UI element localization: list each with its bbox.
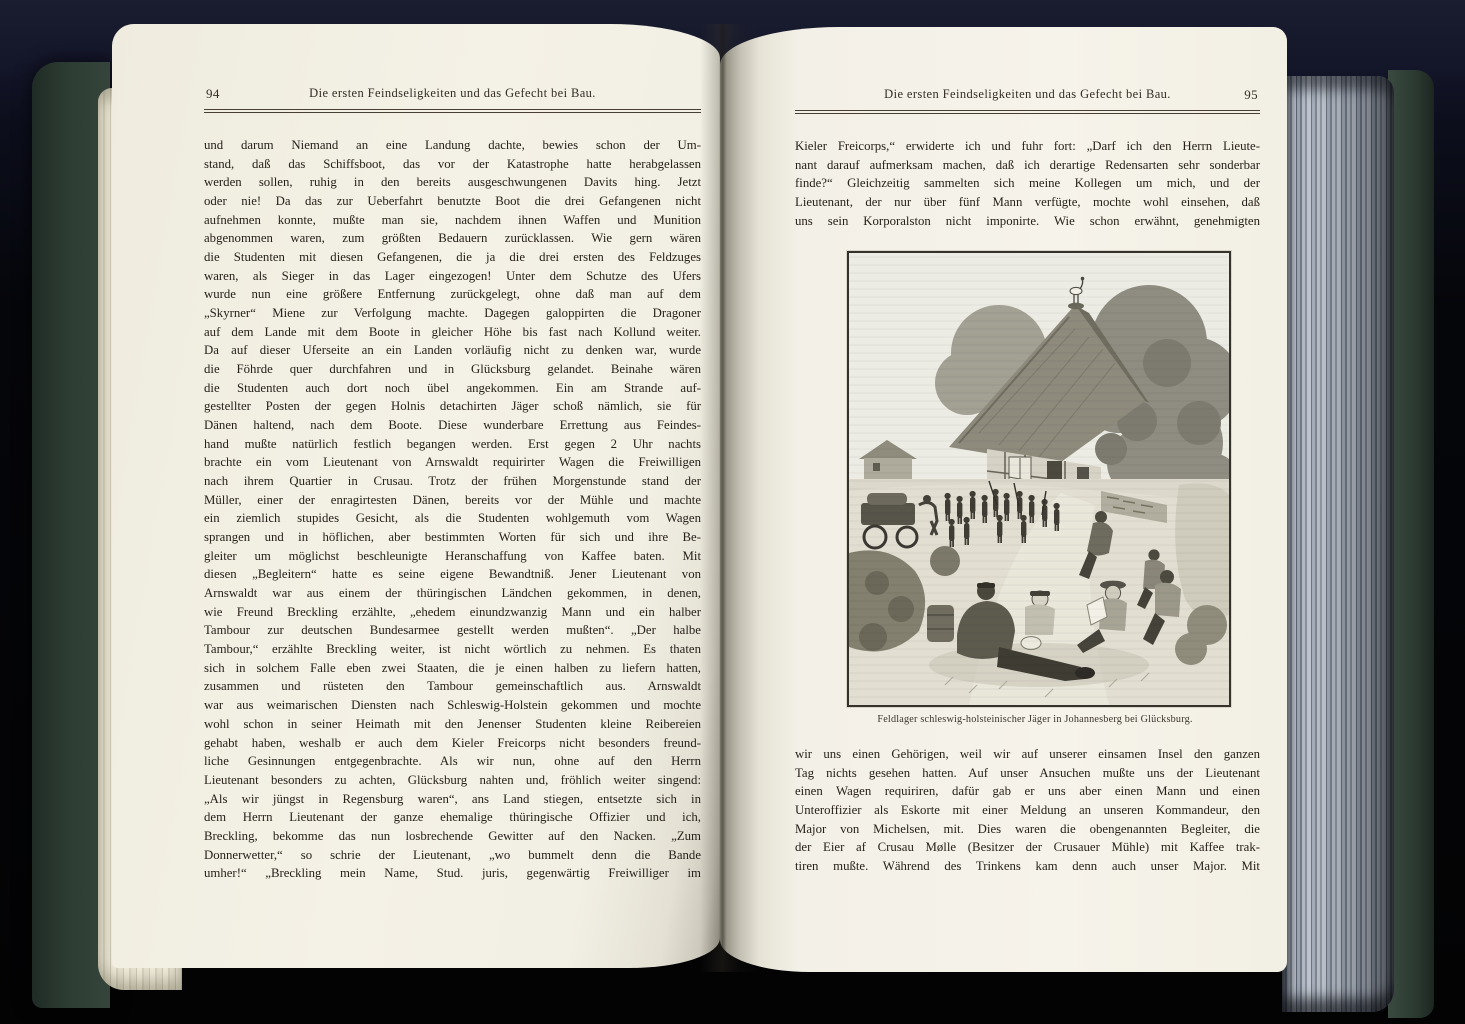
text-line: stand, daß das Schiffsboot, das vor der …: [204, 155, 701, 174]
right-running-header-row: Die ersten Feindseligkeiten und das Gefe…: [795, 87, 1260, 103]
text-line: Lieutenant besonders zu achten, Glücksbu…: [204, 771, 701, 790]
text-line: ein ziemlich stupides Gesicht, als die S…: [204, 509, 701, 528]
text-line: einen Wagen requiriren, dafür gab er uns…: [795, 782, 1260, 801]
text-line: nant darauf aufmerksam machen, daß ich d…: [795, 156, 1260, 175]
text-line: wir uns einen Gehörigen, weil wir auf un…: [795, 745, 1260, 764]
right-body-text-bottom: wir uns einen Gehörigen, weil wir auf un…: [795, 745, 1260, 876]
text-line: Müller, einer der enragirtesten Dänen, b…: [204, 491, 701, 510]
text-line: war aus weimarischen Diensten nach Schle…: [204, 696, 701, 715]
text-line: und darum Niemand an eine Landung dachte…: [204, 136, 701, 155]
text-line: auf dem Lande mit dem Boote in gleicher …: [204, 323, 701, 342]
text-line: hand mußte natürlich festlich begangen w…: [204, 435, 701, 454]
text-line: Lieutenant, der nur über fünf Mann verfü…: [795, 193, 1260, 212]
text-line: abgenommen waren, zum größten Bedauern z…: [204, 229, 701, 248]
left-body-text: und darum Niemand an eine Landung dachte…: [204, 136, 701, 883]
text-line: „Skyrner“ Miene zur Verfolgung machte. D…: [204, 304, 701, 323]
header-rule: [204, 109, 701, 113]
text-line: wurde nun eine größere Entfernung zurück…: [204, 285, 701, 304]
text-line: Da auf dieser Uferseite an ein Landen vo…: [204, 341, 701, 360]
text-line: Tambour,“ erzählte Breckling weiter, ist…: [204, 640, 701, 659]
running-header: Die ersten Feindseligkeiten und das Gefe…: [204, 86, 701, 101]
text-line: Dänen haltend, nach dem Boote. Diese wun…: [204, 416, 701, 435]
text-line: dem Herrn Lieutenant der ganze ehemalige…: [204, 808, 701, 827]
right-page: Die ersten Feindseligkeiten und das Gefe…: [720, 27, 1287, 972]
text-line: Kieler Freicorps,“ erwiderte ich und fuh…: [795, 137, 1260, 156]
text-line: Arnswaldt war aus einem der thüringische…: [204, 584, 701, 603]
text-line: finde?“ Gleichzeitig sammelten sich mein…: [795, 174, 1260, 193]
header-rule: [795, 110, 1260, 114]
text-line: gehabt haben, weshalb er auch dem Kieler…: [204, 734, 701, 753]
text-line: umher!“ „Breckling mein Name, Stud. juri…: [204, 864, 701, 883]
text-line: gleiter um möglichst beschleunigte Heran…: [204, 547, 701, 566]
text-line: nach ihrem Quartier in Crusau. Trotz der…: [204, 472, 701, 491]
text-line: Unteroffizier als Eskorte mit einer Meld…: [795, 801, 1260, 820]
text-line: oder nie! Da das zur Ueberfahrt benutzte…: [204, 192, 701, 211]
running-header: Die ersten Feindseligkeiten und das Gefe…: [795, 87, 1260, 102]
book-gutter-shadow: [700, 24, 758, 972]
text-line: die Studenten auch dort noch übel angeko…: [204, 379, 701, 398]
right-page-number: 95: [1244, 87, 1258, 103]
text-line: zusammen und rüsteten den Tambour gemein…: [204, 677, 701, 696]
text-line: waren, als Sieger in das Lager eingezoge…: [204, 267, 701, 286]
text-line: Tambour zur deutschen Bundesarmee gestel…: [204, 621, 701, 640]
text-line: sprangen und in höflichen, aber bestimmt…: [204, 528, 701, 547]
camp-illustration-frame: [847, 251, 1231, 707]
text-line: diesen „Begleitern“ hatte es seine eigen…: [204, 565, 701, 584]
text-line: die Föhrde quer durchfahren und in Glück…: [204, 360, 701, 379]
right-page-edges: [1282, 76, 1394, 1012]
left-page: 94 Die ersten Feindseligkeiten und das G…: [112, 24, 720, 968]
text-line: aufnehmen konnte, mußte man sie, nachdem…: [204, 211, 701, 230]
text-line: der Eier af Crusau Mølle (Besitzer der C…: [795, 838, 1260, 857]
text-line: Donnerwetter,“ so schrie der Lieutenant,…: [204, 846, 701, 865]
camp-illustration: [849, 253, 1229, 705]
text-line: uns sein Korporalston nicht imponirte. W…: [795, 212, 1260, 231]
text-line: brachte ein vom Lieutenant von Arnswaldt…: [204, 453, 701, 472]
text-line: liche Gesinnungen entgegenbrachte. Als w…: [204, 752, 701, 771]
text-line: die Studenten mit diesen Gefangenen, die…: [204, 248, 701, 267]
text-line: Major von Michelsen, mit. Dies waren die…: [795, 820, 1260, 839]
text-line: Breckling, bekomme das nun losbrechende …: [204, 827, 701, 846]
text-line: wohl schon in seiner Heimath mit den Jen…: [204, 715, 701, 734]
text-line: gestellter Posten der gegen Holnis detac…: [204, 397, 701, 416]
book-back-cover-edge: [1388, 70, 1434, 1018]
right-body-text-top: Kieler Freicorps,“ erwiderte ich und fuh…: [795, 137, 1260, 230]
text-line: „Als wir jüngst in Regensburg waren“, an…: [204, 790, 701, 809]
text-line: sich in solchem Falle eben zwei Staaten,…: [204, 659, 701, 678]
figure-caption: Feldlager schleswig-holsteinischer Jäger…: [820, 714, 1250, 725]
text-line: Tag nichts gesehen hatten. Auf unser Ans…: [795, 764, 1260, 783]
text-line: tiren mußte. Während des Trinkens kam de…: [795, 857, 1260, 876]
left-running-header-row: 94 Die ersten Feindseligkeiten und das G…: [204, 86, 701, 102]
text-line: wie Freund Breckling erzählte, „ehedem e…: [204, 603, 701, 622]
photo-of-open-book: { "colors":{"cover_green":"#2d3c33","pag…: [0, 0, 1465, 1024]
text-line: werden sollen, ruhig in den bereits ausg…: [204, 173, 701, 192]
